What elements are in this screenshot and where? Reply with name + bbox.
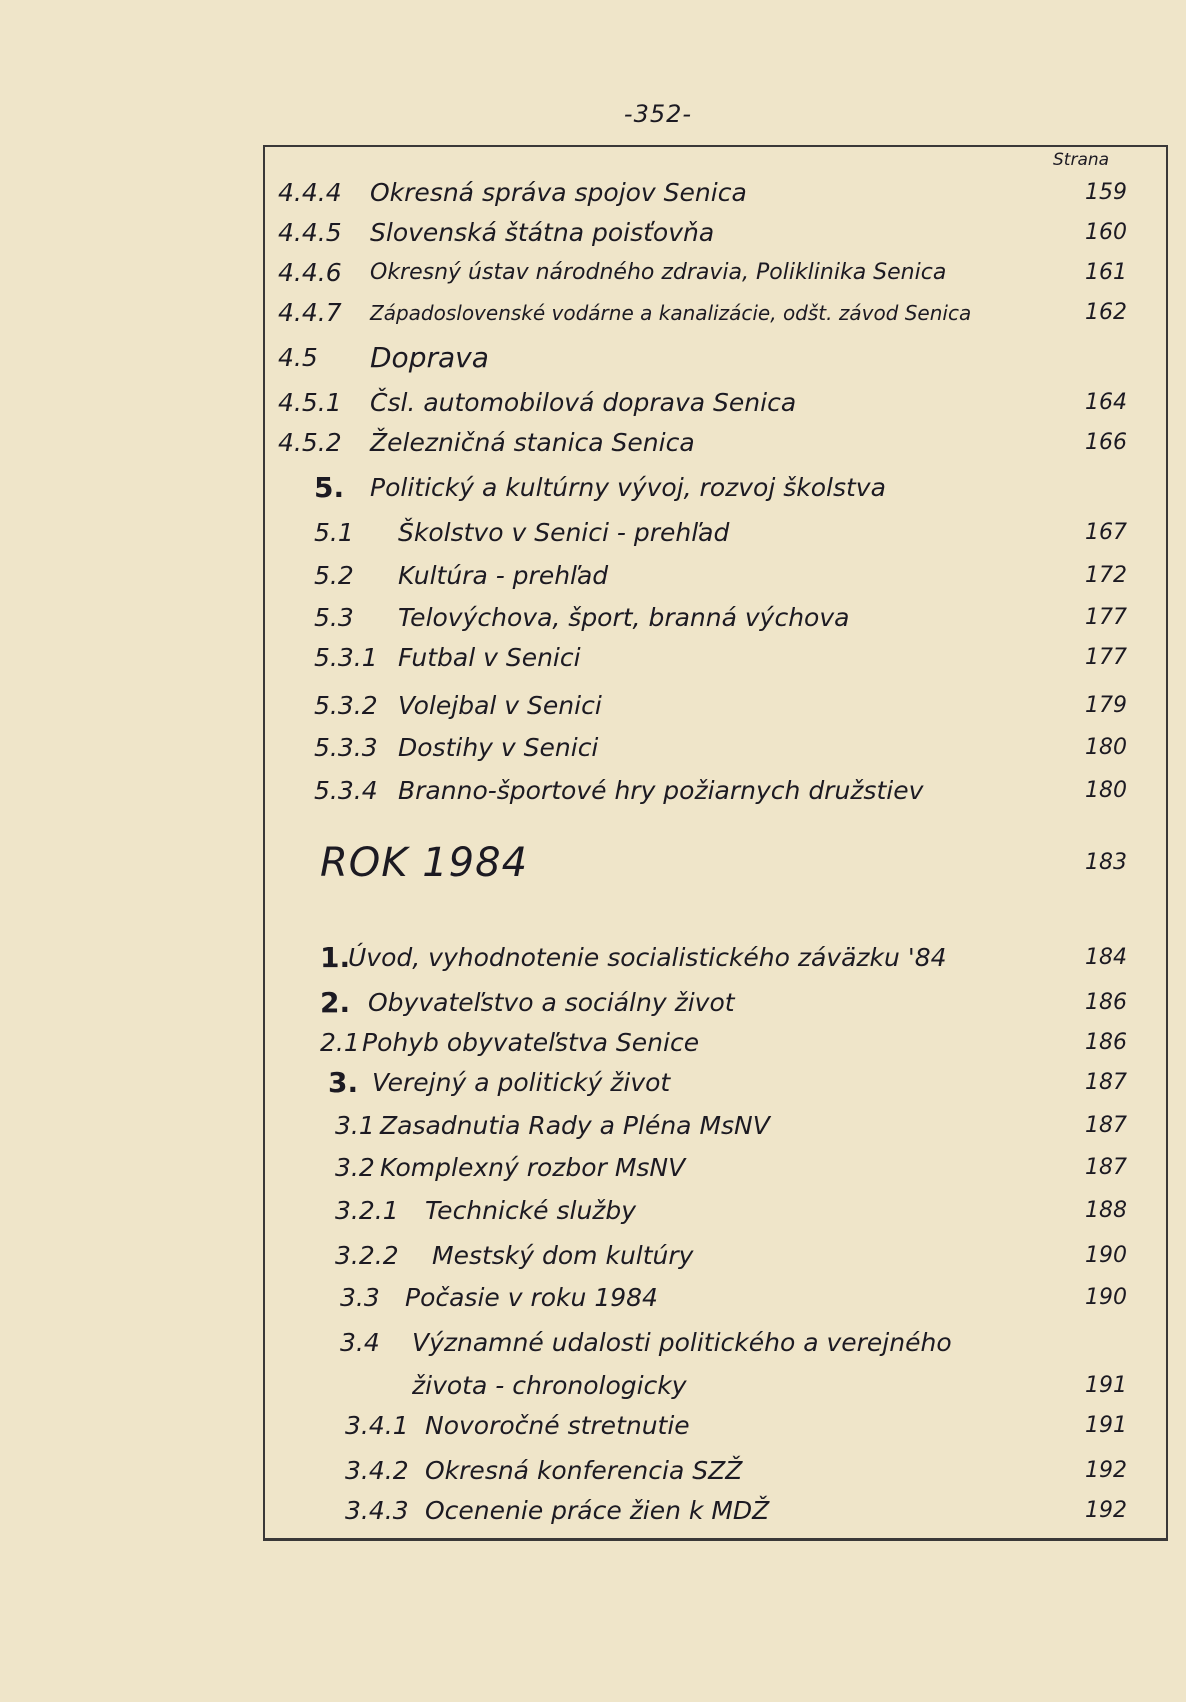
entry-page: 190 [1085, 1238, 1127, 1274]
entry-page: 160 [1085, 215, 1127, 251]
entry-page: 191 [1085, 1408, 1127, 1444]
toc-entry: 3.2 Komplexný rozbor MsNV 187 [0, 1150, 1186, 1186]
entry-title: Obyvateľstvo a sociálny život [368, 985, 735, 1021]
entry-page: 177 [1085, 640, 1127, 676]
entry-page: 167 [1085, 515, 1127, 551]
entry-page: 184 [1085, 940, 1127, 976]
toc-entry: 4.5 Doprava [0, 340, 1186, 376]
year-heading: ROK 1984 [320, 840, 528, 886]
entry-number: 3.4.1 [345, 1408, 409, 1444]
entry-title: Západoslovenské vodárne a kanalizácie, o… [370, 295, 971, 331]
toc-entry: 4.4.7 Západoslovenské vodárne a kanalizá… [0, 295, 1186, 331]
entry-number: 4.5.1 [278, 385, 342, 421]
entry-number: 5.3.3 [314, 730, 378, 766]
toc-entry: 3.4.3 Ocenenie práce žien k MDŽ 192 [0, 1493, 1186, 1529]
toc-entry: 5.2 Kultúra - prehľad 172 [0, 558, 1186, 594]
entry-page: 191 [1085, 1368, 1127, 1404]
entry-number: 2.1 [320, 1025, 360, 1061]
entry-number: 3.1 [335, 1108, 375, 1144]
entry-title: Významné udalosti politického a verejnéh… [412, 1325, 952, 1361]
entry-number: 4.4.5 [278, 215, 342, 251]
entry-title: Okresná správa spojov Senica [370, 175, 747, 211]
entry-page: 177 [1085, 600, 1127, 636]
toc-entry: 5.3.3 Dostihy v Senici 180 [0, 730, 1186, 766]
entry-page: 164 [1085, 385, 1127, 421]
entry-page: 192 [1085, 1453, 1127, 1489]
toc-entry: 4.4.6 Okresný ústav národného zdravia, P… [0, 255, 1186, 291]
year-heading-page: 183 [1085, 850, 1127, 875]
entry-title: Školstvo v Senici - prehľad [398, 515, 729, 551]
toc-entry: 5.3.4 Branno-športové hry požiarnych dru… [0, 773, 1186, 809]
entry-number: 4.4.6 [278, 255, 342, 291]
toc-entry: 4.4.4 Okresná správa spojov Senica 159 [0, 175, 1186, 211]
toc-entry: života - chronologicky 191 [0, 1368, 1186, 1404]
entry-number: 2. [320, 985, 350, 1021]
entry-title: Kultúra - prehľad [398, 558, 608, 594]
entry-title: Verejný a politický život [372, 1065, 670, 1101]
entry-number: 3. [328, 1065, 358, 1101]
entry-page: 180 [1085, 730, 1127, 766]
toc-entry: 4.4.5 Slovenská štátna poisťovňa 160 [0, 215, 1186, 251]
entry-page: 180 [1085, 773, 1127, 809]
toc-entry: 3.2.1 Technické služby 188 [0, 1193, 1186, 1229]
entry-title: Pohyb obyvateľstva Senice [362, 1025, 699, 1061]
toc-entry: 5.3.1 Futbal v Senici 177 [0, 640, 1186, 676]
entry-title: Počasie v roku 1984 [405, 1280, 658, 1316]
entry-number: 4.5 [278, 340, 318, 376]
entry-number: 5.3.2 [314, 688, 378, 724]
toc-entry: 5. Politický a kultúrny vývoj, rozvoj šk… [0, 470, 1186, 506]
entry-page: 172 [1085, 558, 1127, 594]
entry-page: 186 [1085, 985, 1127, 1021]
entry-page: 159 [1085, 175, 1127, 211]
toc-entry: 3.4.1 Novoročné stretnutie 191 [0, 1408, 1186, 1444]
entry-number: 3.2 [335, 1150, 375, 1186]
entry-number: 5. [314, 470, 344, 506]
entry-title: Telovýchova, šport, branná výchova [398, 600, 849, 636]
entry-page: 166 [1085, 425, 1127, 461]
toc-entry: 5.3 Telovýchova, šport, branná výchova 1… [0, 600, 1186, 636]
entry-title: Volejbal v Senici [398, 688, 602, 724]
entry-title: Doprava [370, 340, 489, 376]
entry-number: 5.3.4 [314, 773, 378, 809]
entry-number: 3.2.2 [335, 1238, 399, 1274]
entry-number: 4.4.4 [278, 175, 342, 211]
entry-title: Úvod, vyhodnotenie socialistického záväz… [348, 940, 947, 976]
entry-number: 3.4.2 [345, 1453, 409, 1489]
toc-entry: 5.3.2 Volejbal v Senici 179 [0, 688, 1186, 724]
entry-number: 4.5.2 [278, 425, 342, 461]
entry-title: Technické služby [425, 1193, 636, 1229]
entry-page: 187 [1085, 1065, 1127, 1101]
toc-entry: 3.4 Významné udalosti politického a vere… [0, 1325, 1186, 1361]
entry-title: Komplexný rozbor MsNV [380, 1150, 685, 1186]
toc-entry: 3.4.2 Okresná konferencia SZŽ 192 [0, 1453, 1186, 1489]
toc-entry: 3.1 Zasadnutia Rady a Pléna MsNV 187 [0, 1108, 1186, 1144]
entry-page: 190 [1085, 1280, 1127, 1316]
entry-title: Okresná konferencia SZŽ [425, 1453, 742, 1489]
entry-title: Futbal v Senici [398, 640, 581, 676]
column-header-strana: Strana [1053, 150, 1109, 170]
entry-title: života - chronologicky [412, 1368, 687, 1404]
entry-title: Zasadnutia Rady a Pléna MsNV [380, 1108, 770, 1144]
entry-number: 3.2.1 [335, 1193, 399, 1229]
toc-entry: 3.3 Počasie v roku 1984 190 [0, 1280, 1186, 1316]
entry-title: Železničná stanica Senica [370, 425, 695, 461]
entry-page: 161 [1085, 255, 1127, 291]
toc-entry: 3. Verejný a politický život 187 [0, 1065, 1186, 1101]
entry-page: 186 [1085, 1025, 1127, 1061]
toc-entry: 2.1 Pohyb obyvateľstva Senice 186 [0, 1025, 1186, 1061]
toc-entry: 2. Obyvateľstvo a sociálny život 186 [0, 985, 1186, 1021]
entry-number: 5.2 [314, 558, 354, 594]
entry-page: 187 [1085, 1108, 1127, 1144]
entry-number: 3.4.3 [345, 1493, 409, 1529]
entry-page: 187 [1085, 1150, 1127, 1186]
entry-title: Okresný ústav národného zdravia, Polikli… [370, 255, 946, 291]
entry-title: Ocenenie práce žien k MDŽ [425, 1493, 769, 1529]
entry-number: 4.4.7 [278, 295, 342, 331]
entry-page: 192 [1085, 1493, 1127, 1529]
entry-page: 162 [1085, 295, 1127, 331]
entry-title: Branno-športové hry požiarnych družstiev [398, 773, 923, 809]
entry-number: 3.3 [340, 1280, 380, 1316]
toc-entry: 5.1 Školstvo v Senici - prehľad 167 [0, 515, 1186, 551]
entry-number: 1. [320, 940, 350, 976]
entry-title: Novoročné stretnutie [425, 1408, 690, 1444]
entry-title: Dostihy v Senici [398, 730, 598, 766]
toc-entry: 4.5.2 Železničná stanica Senica 166 [0, 425, 1186, 461]
entry-page: 179 [1085, 688, 1127, 724]
toc-entry: 3.2.2 Mestský dom kultúry 190 [0, 1238, 1186, 1274]
entry-title: Politický a kultúrny vývoj, rozvoj škols… [370, 470, 886, 506]
entry-number: 5.1 [314, 515, 354, 551]
toc-entry: 4.5.1 Čsl. automobilová doprava Senica 1… [0, 385, 1186, 421]
entry-title: Mestský dom kultúry [432, 1238, 693, 1274]
entry-title: Slovenská štátna poisťovňa [370, 215, 714, 251]
entry-title: Čsl. automobilová doprava Senica [370, 385, 796, 421]
toc-entry: 1. Úvod, vyhodnotenie socialistického zá… [0, 940, 1186, 976]
entry-page: 188 [1085, 1193, 1127, 1229]
entry-number: 5.3.1 [314, 640, 378, 676]
entry-number: 5.3 [314, 600, 354, 636]
page-number: -352- [65, 100, 1186, 128]
entry-number: 3.4 [340, 1325, 380, 1361]
